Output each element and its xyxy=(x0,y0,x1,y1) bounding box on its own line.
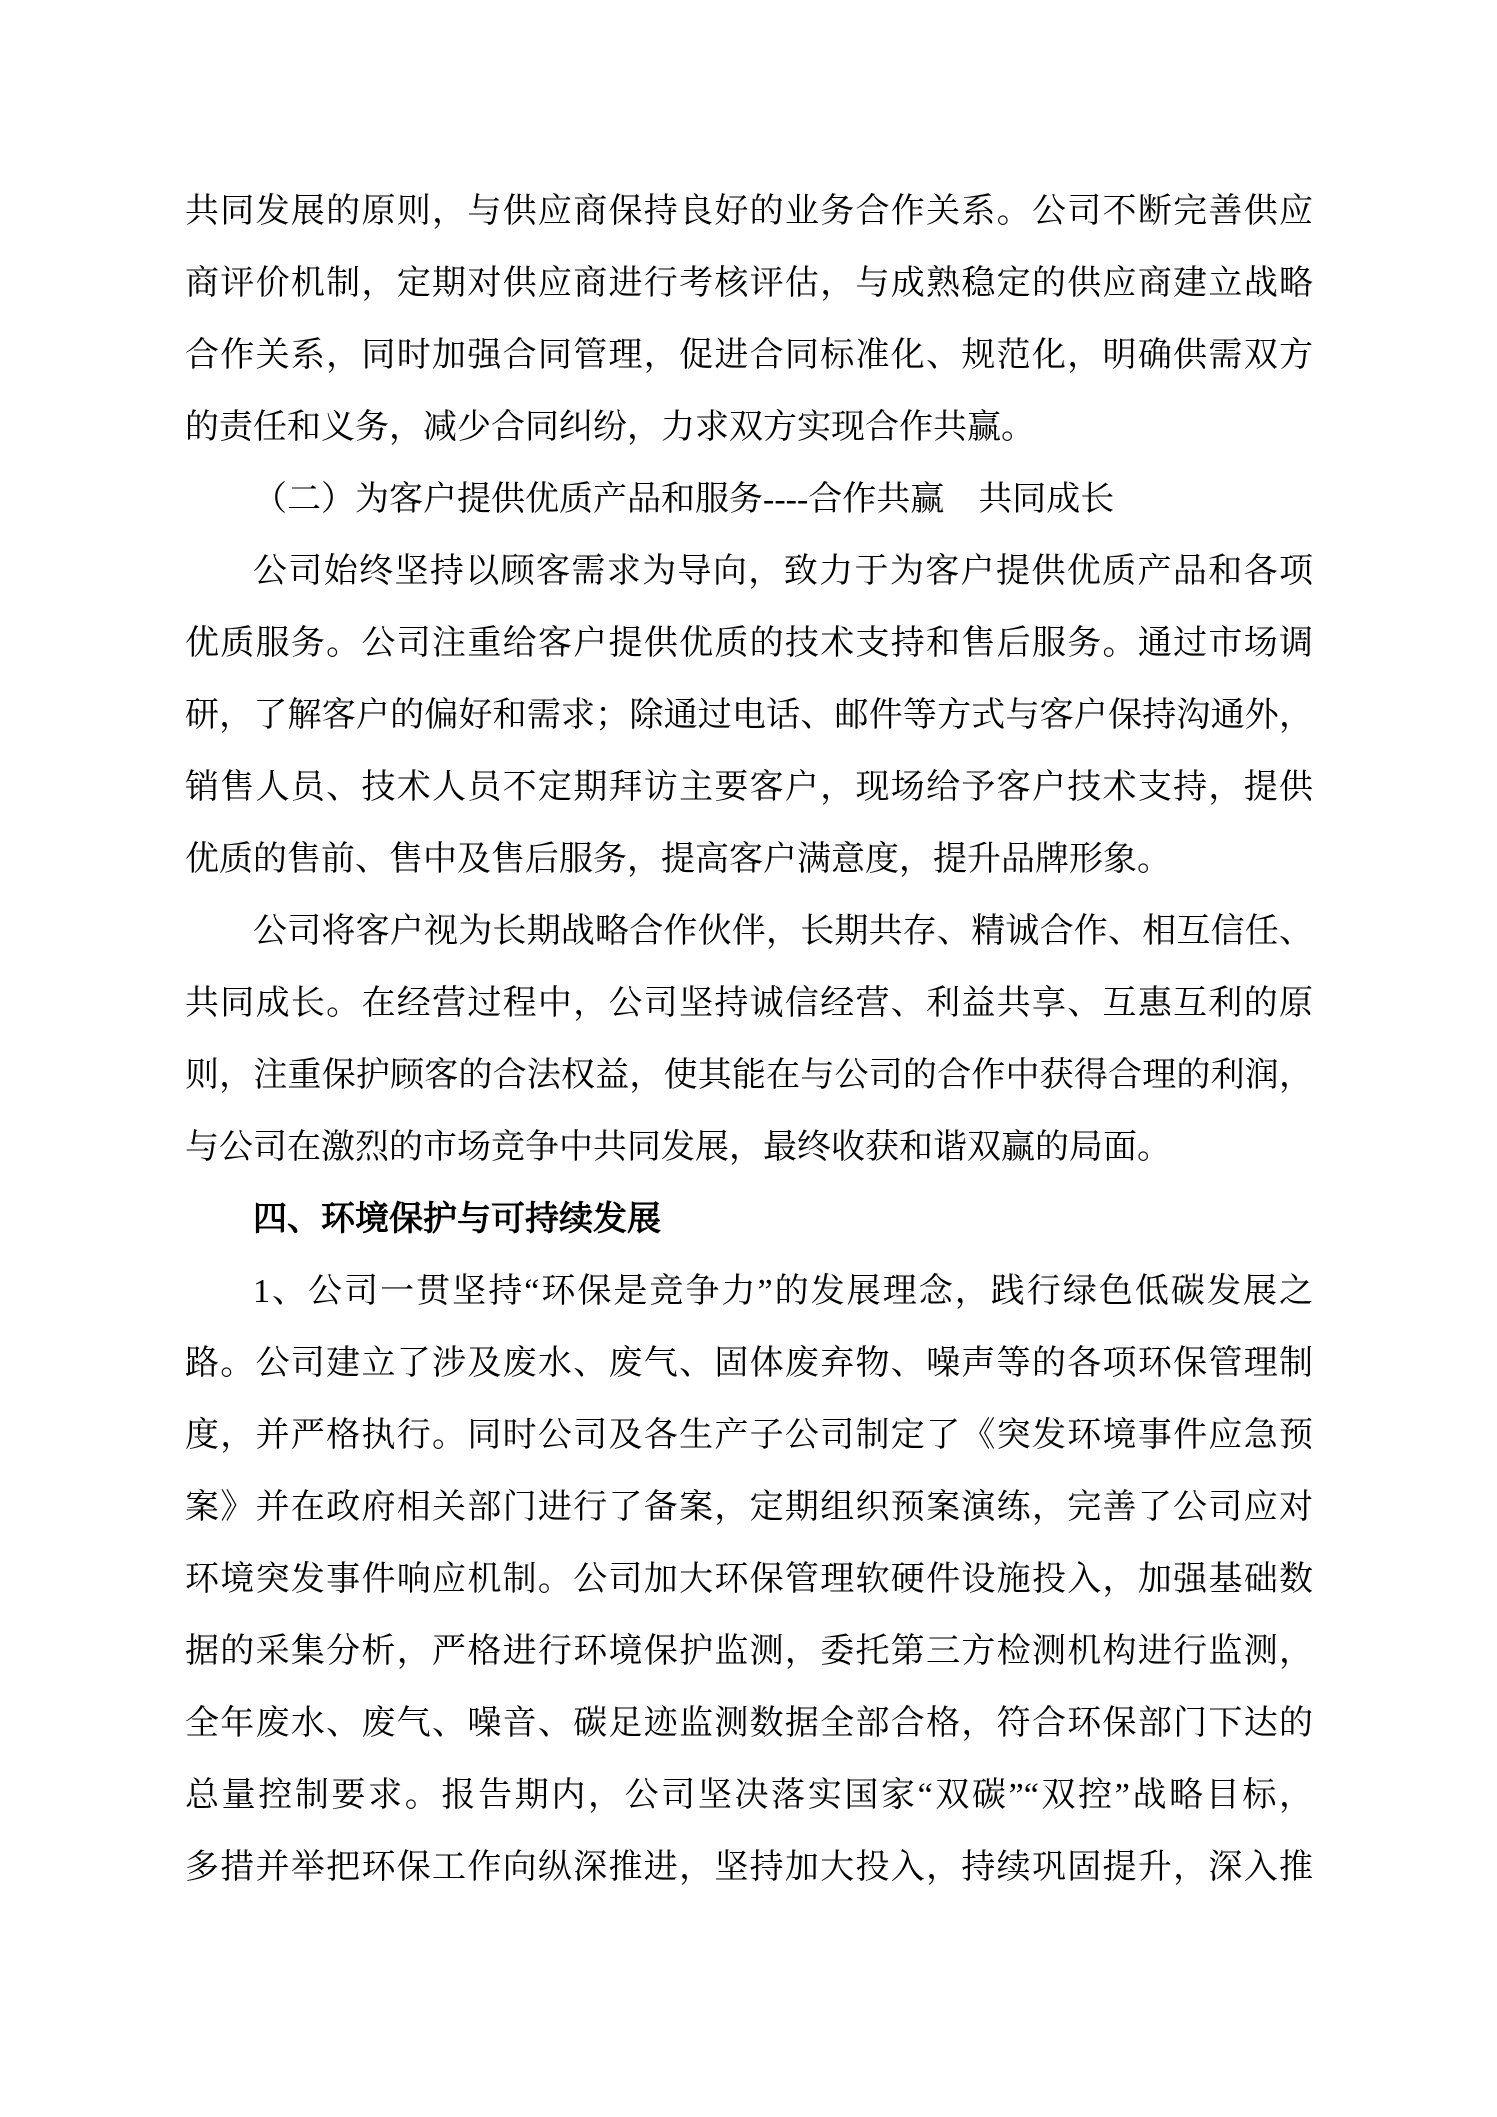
text-line: （二）为客户提供优质产品和服务----合作共赢 共同成长 xyxy=(185,464,1313,536)
text-line: 研，了解客户的偏好和需求；除通过电话、邮件等方式与客户保持沟通外， xyxy=(185,680,1313,752)
text-line: 商评价机制，定期对供应商进行考核评估，与成熟稳定的供应商建立战略 xyxy=(185,248,1313,320)
text-line: 优质的售前、售中及售后服务，提高客户满意度，提升品牌形象。 xyxy=(185,824,1313,896)
text-line: 与公司在激烈的市场竞争中共同发展，最终收获和谐双赢的局面。 xyxy=(185,1112,1313,1184)
text-line: 总量控制要求。报告期内，公司坚决落实国家“双碳”“双控”战略目标， xyxy=(185,1760,1313,1832)
text-line: 度，并严格执行。同时公司及各生产子公司制定了《突发环境事件应急预 xyxy=(185,1400,1313,1472)
text-line: 环境突发事件响应机制。公司加大环保管理软硬件设施投入，加强基础数 xyxy=(185,1544,1313,1616)
text-line: 1、公司一贯坚持“环保是竞争力”的发展理念，践行绿色低碳发展之 xyxy=(185,1256,1313,1328)
text-line: 共同成长。在经营过程中，公司坚持诚信经营、利益共享、互惠互利的原 xyxy=(185,968,1313,1040)
text-line: 则，注重保护顾客的合法权益，使其能在与公司的合作中获得合理的利润， xyxy=(185,1040,1313,1112)
document-body: 共同发展的原则，与供应商保持良好的业务合作关系。公司不断完善供应商评价机制，定期… xyxy=(185,176,1313,1904)
text-line: 公司始终坚持以顾客需求为导向，致力于为客户提供优质产品和各项 xyxy=(185,536,1313,608)
text-line: 的责任和义务，减少合同纠纷，力求双方实现合作共赢。 xyxy=(185,392,1313,464)
text-line: 优质服务。公司注重给客户提供优质的技术支持和售后服务。通过市场调 xyxy=(185,608,1313,680)
text-line: 公司将客户视为长期战略合作伙伴，长期共存、精诚合作、相互信任、 xyxy=(185,896,1313,968)
text-line: 路。公司建立了涉及废水、废气、固体废弃物、噪声等的各项环保管理制 xyxy=(185,1328,1313,1400)
text-line: 案》并在政府相关部门进行了备案，定期组织预案演练，完善了公司应对 xyxy=(185,1472,1313,1544)
section-heading: 四、环境保护与可持续发展 xyxy=(185,1184,1313,1256)
text-line: 多措并举把环保工作向纵深推进，坚持加大投入，持续巩固提升，深入推 xyxy=(185,1832,1313,1904)
text-line: 合作关系，同时加强合同管理，促进合同标准化、规范化，明确供需双方 xyxy=(185,320,1313,392)
text-line: 据的采集分析，严格进行环境保护监测，委托第三方检测机构进行监测， xyxy=(185,1616,1313,1688)
text-line: 共同发展的原则，与供应商保持良好的业务合作关系。公司不断完善供应 xyxy=(185,176,1313,248)
text-line: 销售人员、技术人员不定期拜访主要客户，现场给予客户技术支持，提供 xyxy=(185,752,1313,824)
document-page: 共同发展的原则，与供应商保持良好的业务合作关系。公司不断完善供应商评价机制，定期… xyxy=(0,0,1497,2117)
text-line: 全年废水、废气、噪音、碳足迹监测数据全部合格，符合环保部门下达的 xyxy=(185,1688,1313,1760)
